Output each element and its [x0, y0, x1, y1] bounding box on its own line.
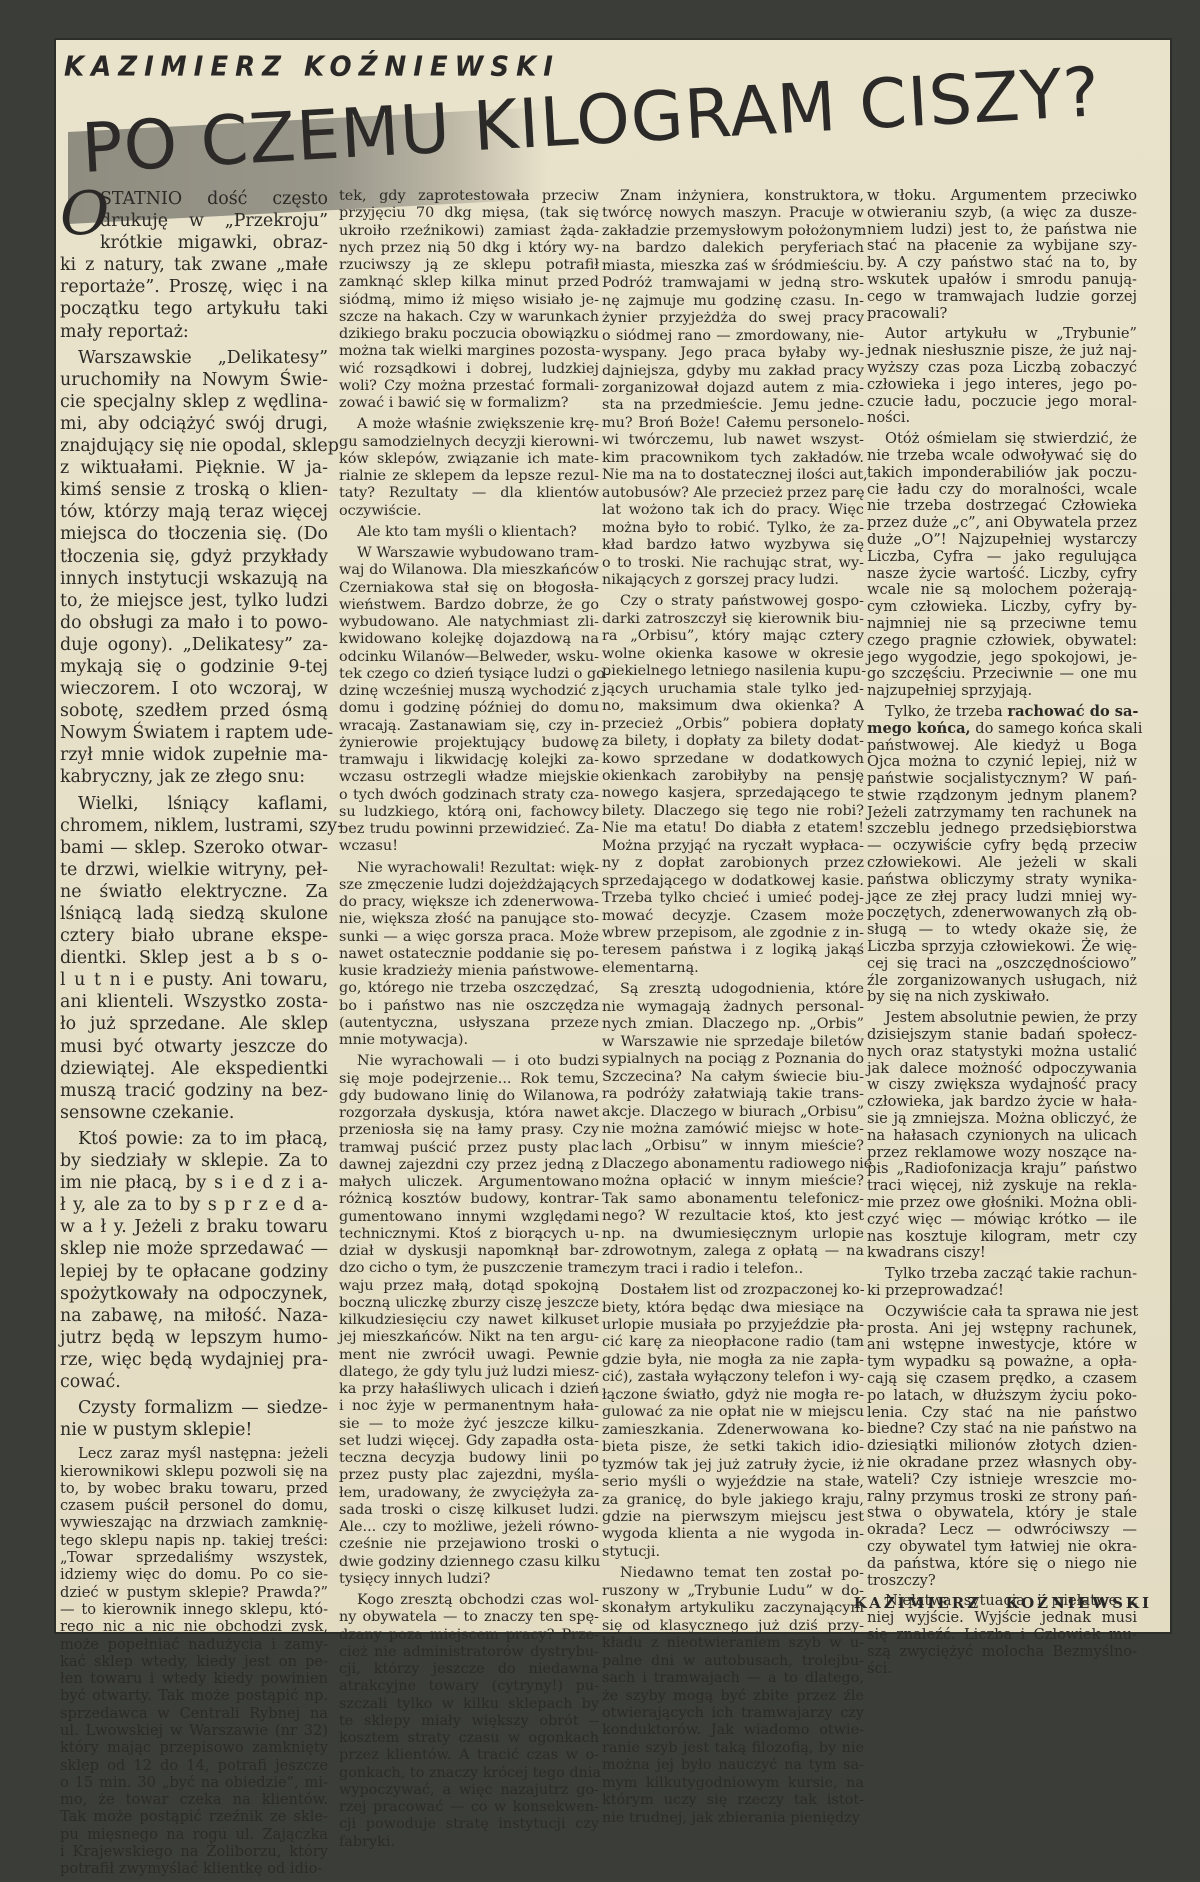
text-line: bami — sklep. Szeroko otwar- — [60, 837, 328, 859]
text-line: by. A czy państwo stać na to, by — [867, 255, 1137, 272]
text-line: biedne? Czy stać na nie państwo na — [867, 1421, 1137, 1438]
text-line: mnie motywacja). — [339, 1032, 599, 1049]
text-line: go szczęściu. Przeciwnie — one mu — [867, 666, 1137, 683]
text-line: jących uruchamia stale tylko jed- — [602, 681, 864, 698]
text-line: kać sklep wtedy, kiedy jest on pe- — [60, 1653, 328, 1668]
text-line: w tłoku. Argumentem przeciwko — [867, 188, 1137, 205]
text-line: czasem puścił personel do domu, — [60, 1497, 328, 1514]
paragraph: Oczywiście cała ta sprawa nie jestprosta… — [867, 1304, 1137, 1590]
text-line: piekielnego letniego nasilenia kupu- — [602, 663, 864, 680]
text-line: nie trzeba dostrzegać Człowieka — [867, 498, 1137, 515]
text-line: tyzmów tak jej już zatruły życie, iż — [602, 1457, 864, 1474]
text-line: okienkach zarobiłyby na pensję — [602, 768, 864, 785]
text-line: wieństwem. Bardzo dobrze, że go — [339, 597, 599, 614]
text-line: rozgorzała dyskusja, która nawet — [339, 1105, 599, 1122]
text-line: po latach, w dłuższym życiu poko- — [867, 1388, 1137, 1405]
text-line: mu? Broń Boże! Całemu personelo- — [602, 415, 864, 432]
text-line: Znam inżyniera, konstruktora, — [602, 188, 864, 205]
text-line: można opłacić w innym mieście? — [602, 1173, 864, 1190]
text-line: ani wstępne inwestycje, które w — [867, 1337, 1137, 1354]
text-line: Ojca można to czynić lepiej, niż w — [867, 754, 1137, 771]
text-line: można tak wielki margines pozosta- — [339, 343, 599, 360]
text-line: Tak samo abonamentu telefonicz- — [602, 1191, 864, 1208]
text-line: dwie godziny dziennego czasu kilku — [339, 1554, 599, 1571]
text-line: pracowali? — [867, 306, 1137, 323]
text-line: Dostałem list od zrozpaczonej ko- — [602, 1282, 864, 1299]
text-line: dlatego, że gdy tylu już ludzi miesz- — [339, 1364, 599, 1381]
text-line: niem ludzi) jest to, że państwa nie — [867, 222, 1137, 239]
text-line: Oczywiście cała ta sprawa nie jest — [867, 1304, 1137, 1321]
paragraph: tek, gdy zaprotestowała przeciwprzyjęciu… — [339, 188, 599, 412]
text-line: Trzeba tylko chcieć i umieć podej- — [602, 890, 864, 907]
text-line: Liczba, Cyfra — jako regulująca — [867, 549, 1137, 566]
text-line: kim pracownikom tych zakładów. — [602, 450, 864, 467]
text-line: miejsca do tłoczenia się. (Do — [60, 523, 328, 545]
text-line: np. na dwumiesięcznym urlopie — [602, 1226, 864, 1243]
text-line: kilkudziesięciu czy nawet kilkuset — [339, 1312, 599, 1329]
text-line: sługą — to wtedy okaże się, że — [867, 922, 1137, 939]
text-line: teczna decyzja budowy linii po — [339, 1450, 599, 1467]
text-line: wi twórczemu, lub nawet wszyst- — [602, 432, 864, 449]
text-line: nie trzeba wcale odwoływać się do — [867, 448, 1137, 465]
text-line: małych uliczek. Argumentowano — [339, 1174, 599, 1191]
text-line: ment nie zwrócił uwagi. Pewnie — [339, 1347, 599, 1364]
paragraph: Czysty formalizm — siedze-nie w pustym s… — [60, 1397, 328, 1441]
text-line: Szczecina? Na całym świecie biu- — [602, 1069, 864, 1086]
text-line: duże „O”! Najzupełniej wystarczy — [867, 532, 1137, 549]
text-line: jak dalece możność odpoczywania — [867, 1061, 1137, 1078]
text-line: cji, którzy jeszcze do niedawna — [339, 1661, 599, 1668]
text-line: Są zresztą udogodnienia, które — [602, 981, 864, 998]
newspaper-page: KAZIMIERZ KOŹNIEWSKI PO CZEMU KILOGRAM C… — [56, 40, 1170, 1632]
paragraph: Ktoś powie: za to im płacą,by siedziały … — [60, 1128, 328, 1393]
text-line: o to troski. Nie rachując strat, wy- — [602, 555, 864, 572]
text-line: tek, gdy zaprotestowała przeciw — [339, 188, 599, 205]
paragraph: Znam inżyniera, konstruktora,twórcę nowy… — [602, 188, 864, 589]
text-line: tysięcy innych ludzi? — [339, 1571, 599, 1588]
author-signature: KAZIMIERZ KOŹNIEWSKI — [854, 1594, 1152, 1612]
text-line: dawnej zajezdni czy przez jedną z — [339, 1157, 599, 1174]
text-line: pis „Radiofonizacja kraju” państwo — [867, 1161, 1137, 1178]
text-line: zamieszkania. Zdenerwowana ko- — [602, 1422, 864, 1439]
text-line: najzupełniej sprzyjają. — [867, 683, 1137, 700]
text-line: dzisiejszym stanie badań społecz- — [867, 1027, 1137, 1044]
text-line: szcze na hakach. Czy w warunkach — [339, 309, 599, 326]
text-line: kusie kradzieży mienia państwowe- — [339, 963, 599, 980]
text-line: skonałym artykuliku zaczynającym — [602, 1600, 864, 1617]
text-line: sie — to może żyć jeszcze kilku- — [339, 1416, 599, 1433]
text-line: człowieka i jego interes, jego po- — [867, 377, 1137, 394]
text-line: gumentowano innymi względami — [339, 1209, 599, 1226]
text-line: czucie ładu, poczucie jego moral- — [867, 394, 1137, 411]
text-line: dientki. Sklep jest a b s o- — [60, 947, 328, 969]
text-line: nasze życie wartość. Liczby, cyfry — [867, 566, 1137, 583]
text-line: dzinę wcześniej muszą wychodzić z — [339, 683, 599, 700]
text-line: szą zwyciężyć molocha Bezmyślno- — [867, 1644, 1137, 1661]
text-line: przeniosła się na łamy prasy. Czy — [339, 1122, 599, 1139]
text-line: set ludzi więcej. Gdy zapadła osta- — [339, 1433, 599, 1450]
text-line: elementarną. — [602, 960, 864, 977]
text-line: autobusów? Ale przecież przez parę — [602, 485, 864, 502]
text-line: mie przez owe głośniki. Można obli- — [867, 1195, 1137, 1212]
text-line: no, maksimum dwa okienka? A — [602, 698, 864, 715]
text-line: Ale... czy to możliwe, jeżeli równo- — [339, 1519, 599, 1536]
text-line: Nie wyrachowali — i oto budzi — [339, 1053, 599, 1070]
text-line: w ciszy zwiększa wydajność pracy — [867, 1077, 1137, 1094]
text-line: na hałasach czynionych na ulicach — [867, 1128, 1137, 1145]
text-line: stwa o obywatela, który je stale — [867, 1505, 1137, 1522]
text-line: jednak niesłusznie pisze, że już naj- — [867, 343, 1137, 360]
text-line: sunki — a więc gorsza praca. Może — [339, 929, 599, 946]
text-line: reportaże”. Proszę, więc i na — [60, 276, 328, 298]
drop-cap: O — [60, 184, 109, 244]
text-line: gdzie na pierwszym miejscu jest — [602, 1509, 864, 1526]
text-line: sobotę, szedłem przed ósmą — [60, 700, 328, 722]
text-line: lepiej by te opłacane godziny — [60, 1261, 328, 1283]
text-line: su ludzkiego, którą oni, fachowcy — [339, 804, 599, 821]
text-line: i noc żyje w permanentnym hała- — [339, 1398, 599, 1415]
text-line: cić karę za nieopłacone radio (tam — [602, 1334, 864, 1351]
text-line: ruszony w „Trybunie Ludu” w do- — [602, 1583, 864, 1600]
text-line: zować i bawić się w formalizm? — [339, 395, 599, 412]
text-line: cześnie nie przejawiono troski o — [339, 1536, 599, 1553]
text-line: bieta pisze, że setki takich idio- — [602, 1439, 864, 1456]
text-line: wracają. Zastanawiam się, czy in- — [339, 718, 599, 735]
text-line: jej mieszkańców. Nikt na ten argu- — [339, 1329, 599, 1346]
text-line: sprzedającego w dodatkowej kasie. — [602, 873, 864, 890]
text-line: ności. — [867, 410, 1137, 427]
text-line: źle zorganizowanych usługach, niż — [867, 973, 1137, 990]
text-line: lśniącą ladą siedzą skulone — [60, 903, 328, 925]
text-line: ków sklepów, związanie ich mate- — [339, 451, 599, 468]
text-line: jego wygodzie, jego spokojowi, je- — [867, 650, 1137, 667]
text-line: wygoda klienta a nie wygoda in- — [602, 1526, 864, 1543]
text-line: lenia. Czy stać na nie państwo — [867, 1405, 1137, 1422]
text-line: duje ogony). „Delikatesy” za- — [60, 634, 328, 656]
text-line: to, że miejsce jest, tylko ludzi — [60, 590, 328, 612]
text-line: stytucji. — [602, 1544, 864, 1561]
text-line: nas kosztuje kilogram, metr czy — [867, 1229, 1137, 1246]
paragraph: Są zresztą udogodnienia, którenie wymaga… — [602, 981, 864, 1278]
text-line: cować. — [60, 1371, 328, 1393]
text-line: czym traci i radio i telefon.. — [602, 1261, 864, 1278]
text-line: jące ze złej pracy ludzi mniej wy- — [867, 889, 1137, 906]
text-line: przez duże „c”, ani Obywatela przez — [867, 515, 1137, 532]
paragraph: A może właśnie zwiększenie krę-gu samodz… — [339, 416, 599, 520]
text-line: do obsługi za mało i to powo- — [60, 612, 328, 634]
text-line: cztery biało ubrane ekspe- — [60, 925, 328, 947]
paragraph: Kogo zresztą obchodzi czas wol-ny obywat… — [339, 1592, 599, 1668]
text-line: nie w pustym sklepie! — [60, 1419, 328, 1441]
text-line: woli? Czy można przestać formali- — [339, 378, 599, 395]
text-line: zdrowotnym, zalega z opłatą — na — [602, 1243, 864, 1260]
text-line: darki zatroszczył się kierownik biu- — [602, 611, 864, 628]
text-line: waj do Wilanowa. Dla mieszkańców — [339, 562, 599, 579]
text-line: w a ł y. Jeżeli z braku towaru — [60, 1216, 328, 1238]
text-line: waju przez małą, dotąd spokojną — [339, 1278, 599, 1295]
text-line: może popełniać nadużycia i zamy- — [60, 1636, 328, 1653]
text-line: oczywiście. — [339, 503, 599, 520]
text-line: zamknąć sklep kilka minut przed — [339, 274, 599, 291]
text-line: odcinku Wilanów—Belweder, wsku- — [339, 649, 599, 666]
text-line: Autor artykułu w „Trybunie” — [867, 326, 1137, 343]
text-line: innych instytucji wskazują na — [60, 568, 328, 590]
text-line: tramwaj puścić przez pusty plac — [339, 1140, 599, 1157]
text-line: l u t n i e pusty. Ani towaru, — [60, 969, 328, 991]
text-line: nie okradane przez własnych oby- — [867, 1455, 1137, 1472]
text-line: tramwaju i likwidację kolejki za- — [339, 752, 599, 769]
text-line: kierownikowi sklepu pozwoli się na — [60, 1463, 328, 1480]
text-line: dzieć w pustym sklepie? Prawda?” — [60, 1584, 328, 1601]
text-line: Lecz zaraz myśl następna: jeżeli — [60, 1445, 328, 1462]
text-line: państwie socjalistycznym? W pań- — [867, 771, 1137, 788]
text-line: prosta. Ani jej wstępny rachunek, — [867, 1321, 1137, 1338]
text-line: różnicą kosztów budowy, kontrar- — [339, 1191, 599, 1208]
text-line: łem, uradowany, że zwyciężyła za- — [339, 1485, 599, 1502]
text-line: nych zmian. Dlaczego np. „Orbis” — [602, 1016, 864, 1033]
text-line: Tylko, że trzeba rachować do sa- — [867, 704, 1137, 721]
text-line: ny z dopłat zarobionych przez — [602, 855, 864, 872]
text-line: przez pusty plac zajezdni, myśla- — [339, 1467, 599, 1484]
text-line: nowego kasjera, sprzedającego te — [602, 785, 864, 802]
text-line: kimś sensie z troską o klien- — [60, 479, 328, 501]
text-line: musi być otwarty jeszcze do — [60, 1036, 328, 1058]
text-line: do pracy, większe ich zdenerwowa- — [339, 894, 599, 911]
text-line: twórcę nowych maszyn. Pracuje w — [602, 205, 864, 222]
text-line: serio myśli o wyjeździe na stałe, — [602, 1474, 864, 1491]
text-line: lat wożono tak ich do pracy. Więc — [602, 502, 864, 519]
text-line: za granicę, do byle jakiego kraju, — [602, 1492, 864, 1509]
text-line: ra podróży załatwiają takie trans- — [602, 1086, 864, 1103]
text-line: Kogo zresztą obchodzi czas wol- — [339, 1592, 599, 1609]
text-line: akcje. Dlaczego w biurach „Orbisu” — [602, 1104, 864, 1121]
paragraph: Otóż ośmielam się stwierdzić, żenie trze… — [867, 431, 1137, 700]
text-line: nikających z gorszej pracy ludzi. — [602, 572, 864, 589]
text-line: cej się traci na „oszczędnościowo” — [867, 956, 1137, 973]
text-line: się moje podejrzenie... Rok temu, — [339, 1071, 599, 1088]
text-line: bo i państwo nas nie oszczędza — [339, 998, 599, 1015]
text-line: Nie ma etatu! Do diabła z etatem! — [602, 820, 864, 837]
text-line: bilety. Dlaczego się tego nie robi? — [602, 803, 864, 820]
text-line: cego w tramwajach ludzie gorzej — [867, 289, 1137, 306]
text-line: sta na przedmieście. Jemu jedne- — [602, 397, 864, 414]
text-line: początku tego artykułu taki — [60, 298, 328, 320]
text-line: Można przyjąć na ryczałt wypłaca- — [602, 838, 864, 855]
text-line: wbrew przepisom, ale zgodnie z in- — [602, 925, 864, 942]
text-line: wczasu! — [339, 838, 599, 855]
text-line: łączone światło, gdyż nie mogła re- — [602, 1387, 864, 1404]
text-line: cym człowieka. Liczby, cyfry by- — [867, 599, 1137, 616]
text-line: nego? W rezultacie ktoś, kto jest — [602, 1208, 864, 1225]
text-line: sie ją zmniejsza. Można obliczyć, że — [867, 1111, 1137, 1128]
text-line: Otóż ośmielam się stwierdzić, że — [867, 431, 1137, 448]
text-line: boczną uliczkę zburzy ciszę jeszcze — [339, 1295, 599, 1312]
column-4: w tłoku. Argumentem przeciwkootwieraniu … — [867, 188, 1137, 1668]
text-line: wskutek upałów i smrodu panują- — [867, 272, 1137, 289]
text-line: ka przy hałaśliwych ulicach i dzień — [339, 1381, 599, 1398]
text-line: dzany poza miejscem pracy? Prze- — [339, 1627, 599, 1644]
text-line: ło już sprzedane. Ale sklep — [60, 1013, 328, 1035]
text-line: nych przez nią 50 dkg i który wy- — [339, 240, 599, 257]
paragraph: W Warszawie wybudowano tram-waj do Wilan… — [339, 545, 599, 856]
text-line: (autentyczna, usłyszana przeze — [339, 1015, 599, 1032]
text-line: Nie ma na to dostatecznej ilości aut, — [602, 467, 864, 484]
paragraph: Tylko, że trzeba rachować do sa-mego koń… — [867, 704, 1137, 1006]
text-line: gu samodzielnych decyzji kierowni- — [339, 434, 599, 451]
text-line: traci więcej, niż zyskuje na rekla- — [867, 1178, 1137, 1195]
text-line: sze zmęczenie ludzi dojeżdżających — [339, 877, 599, 894]
text-line: dajniejsza, gdyby mu zakład pracy — [602, 363, 864, 380]
text-line: Warszawskie „Delikatesy” — [60, 347, 328, 369]
text-line: się od klasycznego już dziś przy- — [602, 1618, 864, 1635]
text-line: najmniej nie są przeciwne temu — [867, 616, 1137, 633]
text-line: miasta, mieszka zaś w śródmieściu. — [602, 258, 864, 275]
text-line: technicznymi. Ktoś z biorących u- — [339, 1226, 599, 1243]
text-line: dziewiątej. Ale ekspedientki — [60, 1058, 328, 1080]
text-line: rego nic a nic nie obchodzi zysk, — [60, 1618, 328, 1635]
text-line: mały reportaż: — [60, 321, 328, 343]
text-line: otwieraniu szyb, (a więc za dusze- — [867, 205, 1137, 222]
text-line: żynierowie projektujący budowę — [339, 735, 599, 752]
text-line: na bardzo dalekich peryferiach — [602, 240, 864, 257]
text-line: teresem państwa i z logiką jakąś — [602, 942, 864, 959]
text-line: zorganizował dojazd autem z mia- — [602, 380, 864, 397]
paragraph: Nie wyrachowali — i oto budzisię moje po… — [339, 1053, 599, 1588]
text-line: przez reklamowe wozy noszące na- — [867, 1145, 1137, 1162]
text-line: tłoczenia się, gdyż przykłady — [60, 546, 328, 568]
column-1: OSTATNIO dość częstodrukuję w „Przekroju… — [60, 188, 328, 1668]
text-line: ł y, ale za to by s p r z e d a- — [60, 1194, 328, 1216]
text-line: sklep nie może sprzedawać — — [60, 1238, 328, 1260]
text-line: cie ładu czy do moralności, wcale — [867, 482, 1137, 499]
text-line: rialnie ze sklepem da lepsze rezul- — [339, 468, 599, 485]
text-line: państwa obliczymy straty wynika- — [867, 872, 1137, 889]
text-line: lach „Orbisu” w innym mieście? — [602, 1138, 864, 1155]
paragraph: Jestem absolutnie pewien, że przydzisiej… — [867, 1010, 1137, 1262]
text-line: gdy budowano linię do Wilanowa, — [339, 1088, 599, 1105]
text-line: kabryczny, jak ze złego snu: — [60, 766, 328, 788]
text-line: wyższy czas poza Liczbą zobaczyć — [867, 360, 1137, 377]
text-line: przecież „Orbis” pobiera dopłaty — [602, 716, 864, 733]
text-line: nę zajmuje mu godzinę czasu. In- — [602, 293, 864, 310]
text-line: taty? Rezultaty — dla klientów — [339, 485, 599, 502]
text-line: mego końca, do samego końca skali — [867, 721, 1137, 738]
text-line: nie można zamówić miejsc w hote- — [602, 1121, 864, 1138]
text-line: Czysty formalizm — siedze- — [60, 1397, 328, 1419]
text-line: czy obywatel tym łatwiej nie okra- — [867, 1539, 1137, 1556]
paragraph: Dostałem list od zrozpaczonej ko-biety, … — [602, 1282, 864, 1561]
text-line: wieczorem. I oto wczoraj, w — [60, 678, 328, 700]
text-line: Nowym Światem i raptem ude- — [60, 722, 328, 744]
text-line: kowo sprzedane w dodatkowych — [602, 751, 864, 768]
text-line: Tylko trzeba zacząć takie rachun- — [867, 1266, 1137, 1283]
text-line: czego pragnie człowiek, obywatel: — [867, 633, 1137, 650]
text-line: cie specjalny sklep z wędlina- — [60, 391, 328, 413]
text-line: państwowej. Ale kiedyż u Boga — [867, 738, 1137, 755]
text-line: Liczba sprzyja człowiekowi. Że wię- — [867, 939, 1137, 956]
text-line: można było to robić. Tylko, że za- — [602, 520, 864, 537]
text-line: bez trudu powinni przewidzieć. Za- — [339, 821, 599, 838]
text-line: palne dni w autobusach, trolejbu- — [602, 1653, 864, 1668]
text-line: Ktoś powie: za to im płacą, — [60, 1128, 328, 1150]
text-line: Niedawno temat ten został po- — [602, 1565, 864, 1582]
text-line: Wielki, lśniący kaflami, — [60, 793, 328, 815]
text-line: kład bardzo łatwo wyzbywa się — [602, 537, 864, 554]
text-line: zakładzie przemysłowym położonym — [602, 223, 864, 240]
text-line: w Warszawie nie sprzedaje biletów — [602, 1034, 864, 1051]
paragraph: Czy o straty państwowej gospo-darki zatr… — [602, 593, 864, 977]
text-line: go, którego nie trzeba oszczędzać, — [339, 980, 599, 997]
column-3: Znam inżyniera, konstruktora,twórcę nowy… — [602, 188, 864, 1668]
text-line: wcale nie są molochem pożerają- — [867, 582, 1137, 599]
text-line: ny obywatela — to znaczy ten spę- — [339, 1609, 599, 1626]
text-line: kwidowano kolejkę dojazdową na — [339, 631, 599, 648]
text-line: da państwa, które się o niego nie — [867, 1556, 1137, 1573]
text-line: czyć więc — mówiąc krótko — ile — [867, 1212, 1137, 1229]
text-line: wczasu ostrzegli władze miejskie — [339, 769, 599, 786]
text-line: dziesiątki milionów złotych dzien- — [867, 1438, 1137, 1455]
text-line: Jeżeli zatrzymamy ten rachunek na — [867, 805, 1137, 822]
text-line: by się na nich zyskiwało. — [867, 989, 1137, 1006]
text-line: ne światło elektryczne. Za — [60, 881, 328, 903]
text-line: siódmą, mimo iż mięso wisiało je- — [339, 292, 599, 309]
text-line: ralny przymus troski ze strony pań- — [867, 1489, 1137, 1506]
text-line: troszczy? — [867, 1573, 1137, 1590]
text-line: mować decyzje. Czasem może — [602, 908, 864, 925]
text-line: o siódmej rano — zmordowany, nie- — [602, 328, 864, 345]
text-line: tek czego co dzień tysiące ludzi o go- — [339, 666, 599, 683]
author-header: KAZIMIERZ KOŹNIEWSKI — [64, 51, 560, 83]
text-line: — to kierownik innego sklepu, któ- — [60, 1601, 328, 1618]
text-line: się znaleźć. Liczba i Człowiek mu- — [867, 1627, 1137, 1644]
text-line: Jestem absolutnie pewien, że przy — [867, 1010, 1137, 1027]
text-line: znajdujący się nie opodal, sklep — [60, 435, 328, 457]
text-line: człowieka, jak bardzo życie w hała- — [867, 1094, 1137, 1111]
text-line: szczeblu jednego przedsiębiorstwa — [867, 821, 1137, 838]
text-line: Nie wyrachowali! Rezultat: więk- — [339, 860, 599, 877]
paragraph: w tłoku. Argumentem przeciwkootwieraniu … — [867, 188, 1137, 322]
text-line: — oczywiście cyfry będą przeciw — [867, 838, 1137, 855]
text-line: rze, więc będą wydajniej pra- — [60, 1349, 328, 1371]
paragraph: Autor artykułu w „Trybunie”jednak niesłu… — [867, 326, 1137, 427]
text-line: dzo cicho o tym, że puszczenie tram- — [339, 1260, 599, 1277]
text-line: wyspany. Jego praca byłaby wy- — [602, 345, 864, 362]
text-line: tego sklepu napis np. takiej treści: — [60, 1532, 328, 1549]
text-line: spożytkowały na odpoczynek, — [60, 1283, 328, 1305]
text-line: Ale kto tam myśli o klientach? — [339, 524, 599, 541]
text-line: nie wymagają żadnych personal- — [602, 999, 864, 1016]
text-line: ści. — [867, 1661, 1137, 1668]
text-line: stać na płacenie za wybijane szy- — [867, 238, 1137, 255]
text-line: ukroiło rzeźnikowi) zamiast żąda- — [339, 223, 599, 240]
text-line: biety, która będąc dwa miesiące na — [602, 1300, 864, 1317]
text-line: tym wypadku są poważne, a opła- — [867, 1354, 1137, 1371]
text-line: mykają się o godzinie 9-tej — [60, 656, 328, 678]
text-line: to, by wobec braku towaru, przed — [60, 1480, 328, 1497]
text-line: urlopie musiała po przyjeździe pła- — [602, 1317, 864, 1334]
text-line: stwie rządzonym jednym planem? — [867, 788, 1137, 805]
text-line: ra „Orbisu”, który mając cztery — [602, 628, 864, 645]
text-line: tów, którzy mają teraz więcej — [60, 501, 328, 523]
text-line: człowiekowi. Ale jeżeli w skali — [867, 855, 1137, 872]
paragraph: Ale kto tam myśli o klientach? — [339, 524, 599, 541]
paragraph: Wielki, lśniący kaflami,chromem, niklem,… — [60, 793, 328, 1124]
text-line: ki przeprowadzać! — [867, 1283, 1137, 1300]
text-line: żynier przyjeżdża do swej pracy — [602, 310, 864, 327]
text-line: nych oraz statystyki można ustalić — [867, 1044, 1137, 1061]
text-line: te drzwi, wielkie witryny, peł- — [60, 859, 328, 881]
paragraph: OSTATNIO dość częstodrukuję w „Przekroju… — [60, 188, 328, 343]
